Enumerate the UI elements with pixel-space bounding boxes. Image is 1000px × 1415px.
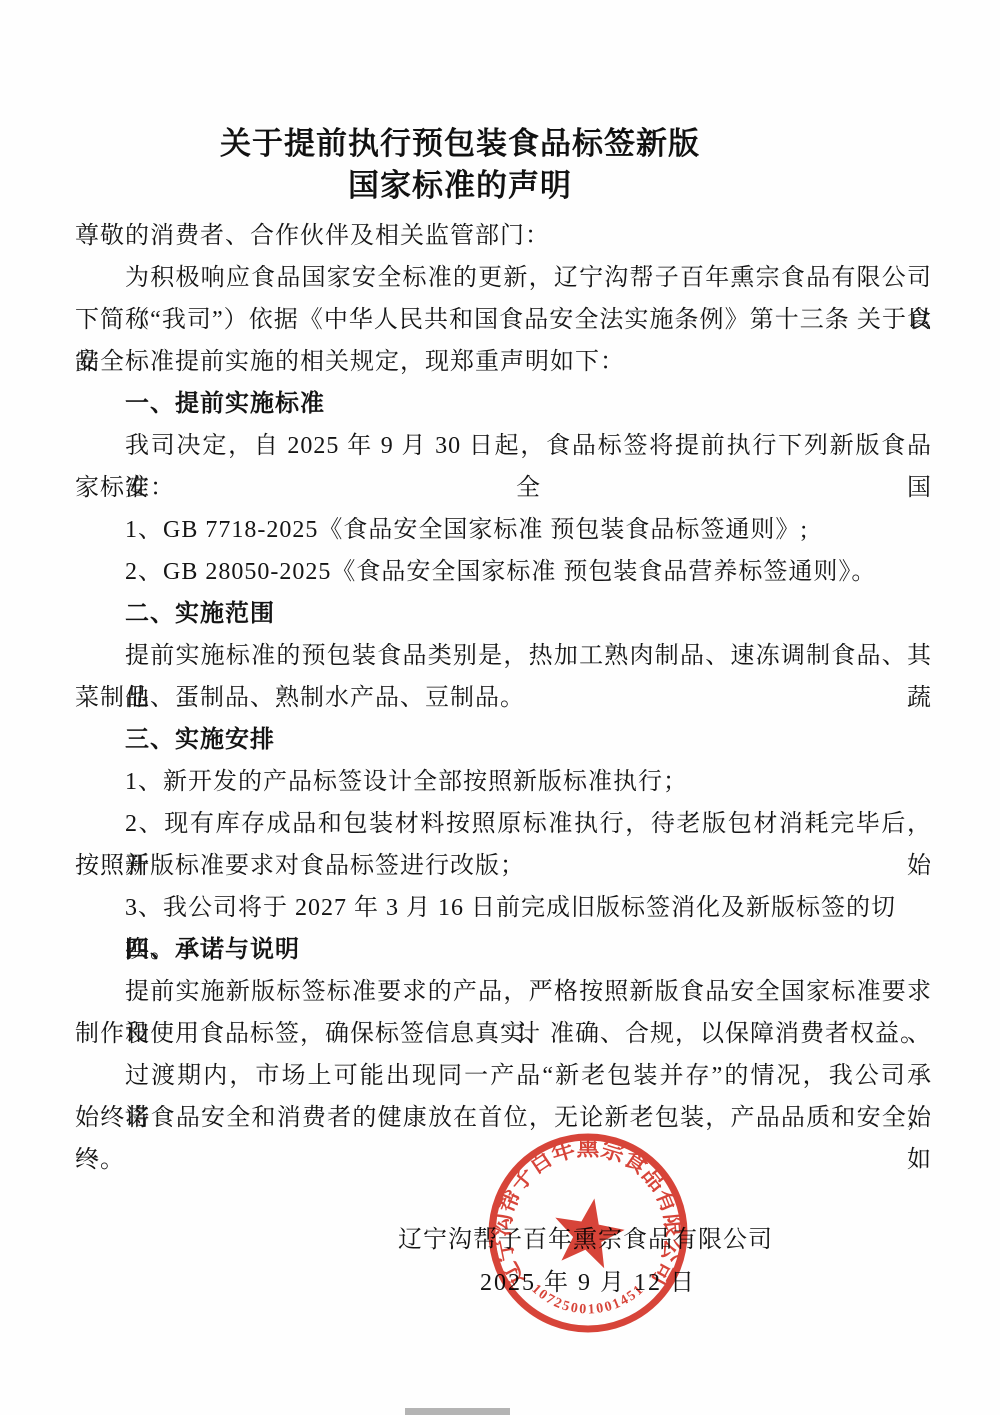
body-line: 提前实施新版标签标准要求的产品，严格按照新版食品安全国家标准要求设计、: [75, 971, 932, 1013]
body-line: 1、GB 7718-2025《食品安全国家标准 预包装食品标签通则》;: [75, 509, 932, 551]
body-line: 2、现有库存成品和包装材料按照原标准执行，待老版包材消耗完毕后，开始: [75, 803, 932, 845]
body-line: 3、我公司将于 2027 年 3 月 16 日前完成旧版标签消化及新版标签的切换…: [75, 887, 932, 929]
section-heading: 一、提前实施标准: [75, 383, 932, 425]
title-line-1: 关于提前执行预包装食品标签新版: [0, 123, 920, 165]
body-line: 我司决定，自 2025 年 9 月 30 日起，食品标签将提前执行下列新版食品安…: [75, 425, 932, 467]
seal-star-icon: [548, 1192, 629, 1270]
body-line: 制作和使用食品标签，确保标签信息真实、准确、合规，以保障消费者权益。: [75, 1013, 932, 1055]
section-heading: 二、实施范围: [75, 593, 932, 635]
body-line: 下简称“我司”）依据《中华人民共和国食品安全法实施条例》第十三条 关于食品: [75, 299, 932, 341]
document-page: 关于提前执行预包装食品标签新版 国家标准的声明 尊敬的消费者、合作伙伴及相关监管…: [0, 0, 1000, 1415]
body-line: 尊敬的消费者、合作伙伴及相关监管部门：: [75, 215, 932, 257]
section-heading: 四、承诺与说明: [75, 929, 932, 971]
body-line: 安全标准提前实施的相关规定，现郑重声明如下：: [75, 341, 932, 383]
body-line: 过渡期内，市场上可能出现同一产品“新老包装并存”的情况，我公司承诺，: [75, 1055, 932, 1097]
body-line: 1、新开发的产品标签设计全部按照新版标准执行；: [75, 761, 932, 803]
scan-artifact: [405, 1408, 510, 1415]
body-line: 提前实施标准的预包装食品类别是，热加工熟肉制品、速冻调制食品、其他蔬: [75, 635, 932, 677]
section-heading: 三、实施安排: [75, 719, 932, 761]
seal-serial: 10725001001451: [528, 1282, 647, 1318]
title-line-2: 国家标准的声明: [0, 165, 920, 207]
body-line: 为积极响应食品国家安全标准的更新，辽宁沟帮子百年熏宗食品有限公司（以: [75, 257, 932, 299]
document-body: 尊敬的消费者、合作伙伴及相关监管部门：为积极响应食品国家安全标准的更新，辽宁沟帮…: [75, 215, 932, 1181]
seal-serial-label: 10725001001451: [528, 1282, 647, 1318]
body-line: 2、GB 28050-2025《食品安全国家标准 预包装食品营养标签通则》。: [75, 551, 932, 593]
document-title: 关于提前执行预包装食品标签新版 国家标准的声明: [0, 123, 920, 207]
company-seal: 辽宁沟帮子百年熏宗食品有限公司 10725001001451: [478, 1123, 698, 1343]
